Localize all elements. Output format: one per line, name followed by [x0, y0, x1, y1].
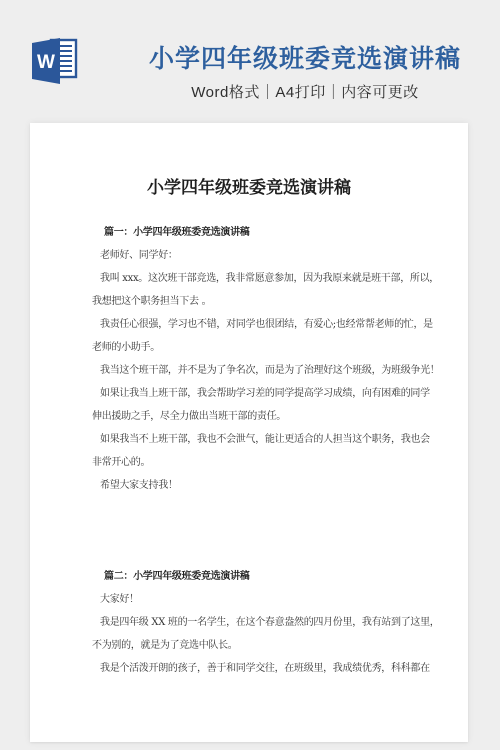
paragraph-line: 我想把这个职务担当下去 。	[92, 290, 442, 313]
section-heading-line: 篇一：小学四年级班委竞选演讲稿	[92, 221, 442, 244]
word-file-icon: W	[30, 37, 80, 85]
paragraph-line: 希望大家支持我！	[92, 474, 442, 497]
paragraph-line: 老师的小助手。	[92, 336, 442, 359]
svg-text:W: W	[37, 52, 55, 73]
header: W 小学四年级班委竞选演讲稿 Word格式｜A4打印｜内容可更改	[0, 0, 500, 123]
paragraph-line: 如果我当不上班干部，我也不会泄气，能让更适合的人担当这个职务，我也会	[92, 428, 442, 451]
paragraph-line: 我是个活泼开朗的孩子，善于和同学交往，在班级里，我成绩优秀，科科都在	[92, 657, 442, 680]
document-body: 篇一：小学四年级班委竞选演讲稿老师好、同学好：我叫 xxx。这次班干部竞选，我非…	[30, 221, 468, 680]
section-heading-line: 篇二：小学四年级班委竞选演讲稿	[92, 565, 442, 588]
paragraph-line: 我是四年级 XX 班的一名学生，在这个春意盎然的四月份里，我有站到了这里，	[92, 611, 442, 634]
paragraph-line: 如果让我当上班干部，我会帮助学习差的同学提高学习成绩，向有困难的同学	[92, 382, 442, 405]
paragraph-line: 大家好！	[92, 588, 442, 611]
header-text: 小学四年级班委竞选演讲稿 Word格式｜A4打印｜内容可更改	[110, 44, 500, 102]
paragraph-line: 我责任心很强，学习也不错，对同学也很团结，有爱心;也经常帮老师的忙，是	[92, 313, 442, 336]
paragraph-line: 不为别的，就是为了竞选中队长。	[92, 634, 442, 657]
paragraph-line: 我当这个班干部，并不是为了争名次，而是为了治理好这个班级，为班级争光！	[92, 359, 442, 382]
paragraph-line: 老师好、同学好：	[92, 244, 442, 267]
document-preview[interactable]: 小学四年级班委竞选演讲稿 篇一：小学四年级班委竞选演讲稿老师好、同学好：我叫 x…	[30, 123, 468, 742]
page-title: 小学四年级班委竞选演讲稿	[110, 44, 500, 74]
blank-space	[92, 497, 442, 565]
paragraph-line: 伸出援助之手，尽全力做出当班干部的责任。	[92, 405, 442, 428]
paragraph-line: 我叫 xxx。这次班干部竞选，我非常愿意参加，因为我原来就是班干部，所以，	[92, 267, 442, 290]
format-subtitle: Word格式｜A4打印｜内容可更改	[110, 81, 500, 102]
document-title: 小学四年级班委竞选演讲稿	[30, 123, 468, 201]
template-preview-page: W 小学四年级班委竞选演讲稿 Word格式｜A4打印｜内容可更改 小学四年级班委…	[0, 0, 500, 750]
paragraph-line: 非常开心的。	[92, 451, 442, 474]
